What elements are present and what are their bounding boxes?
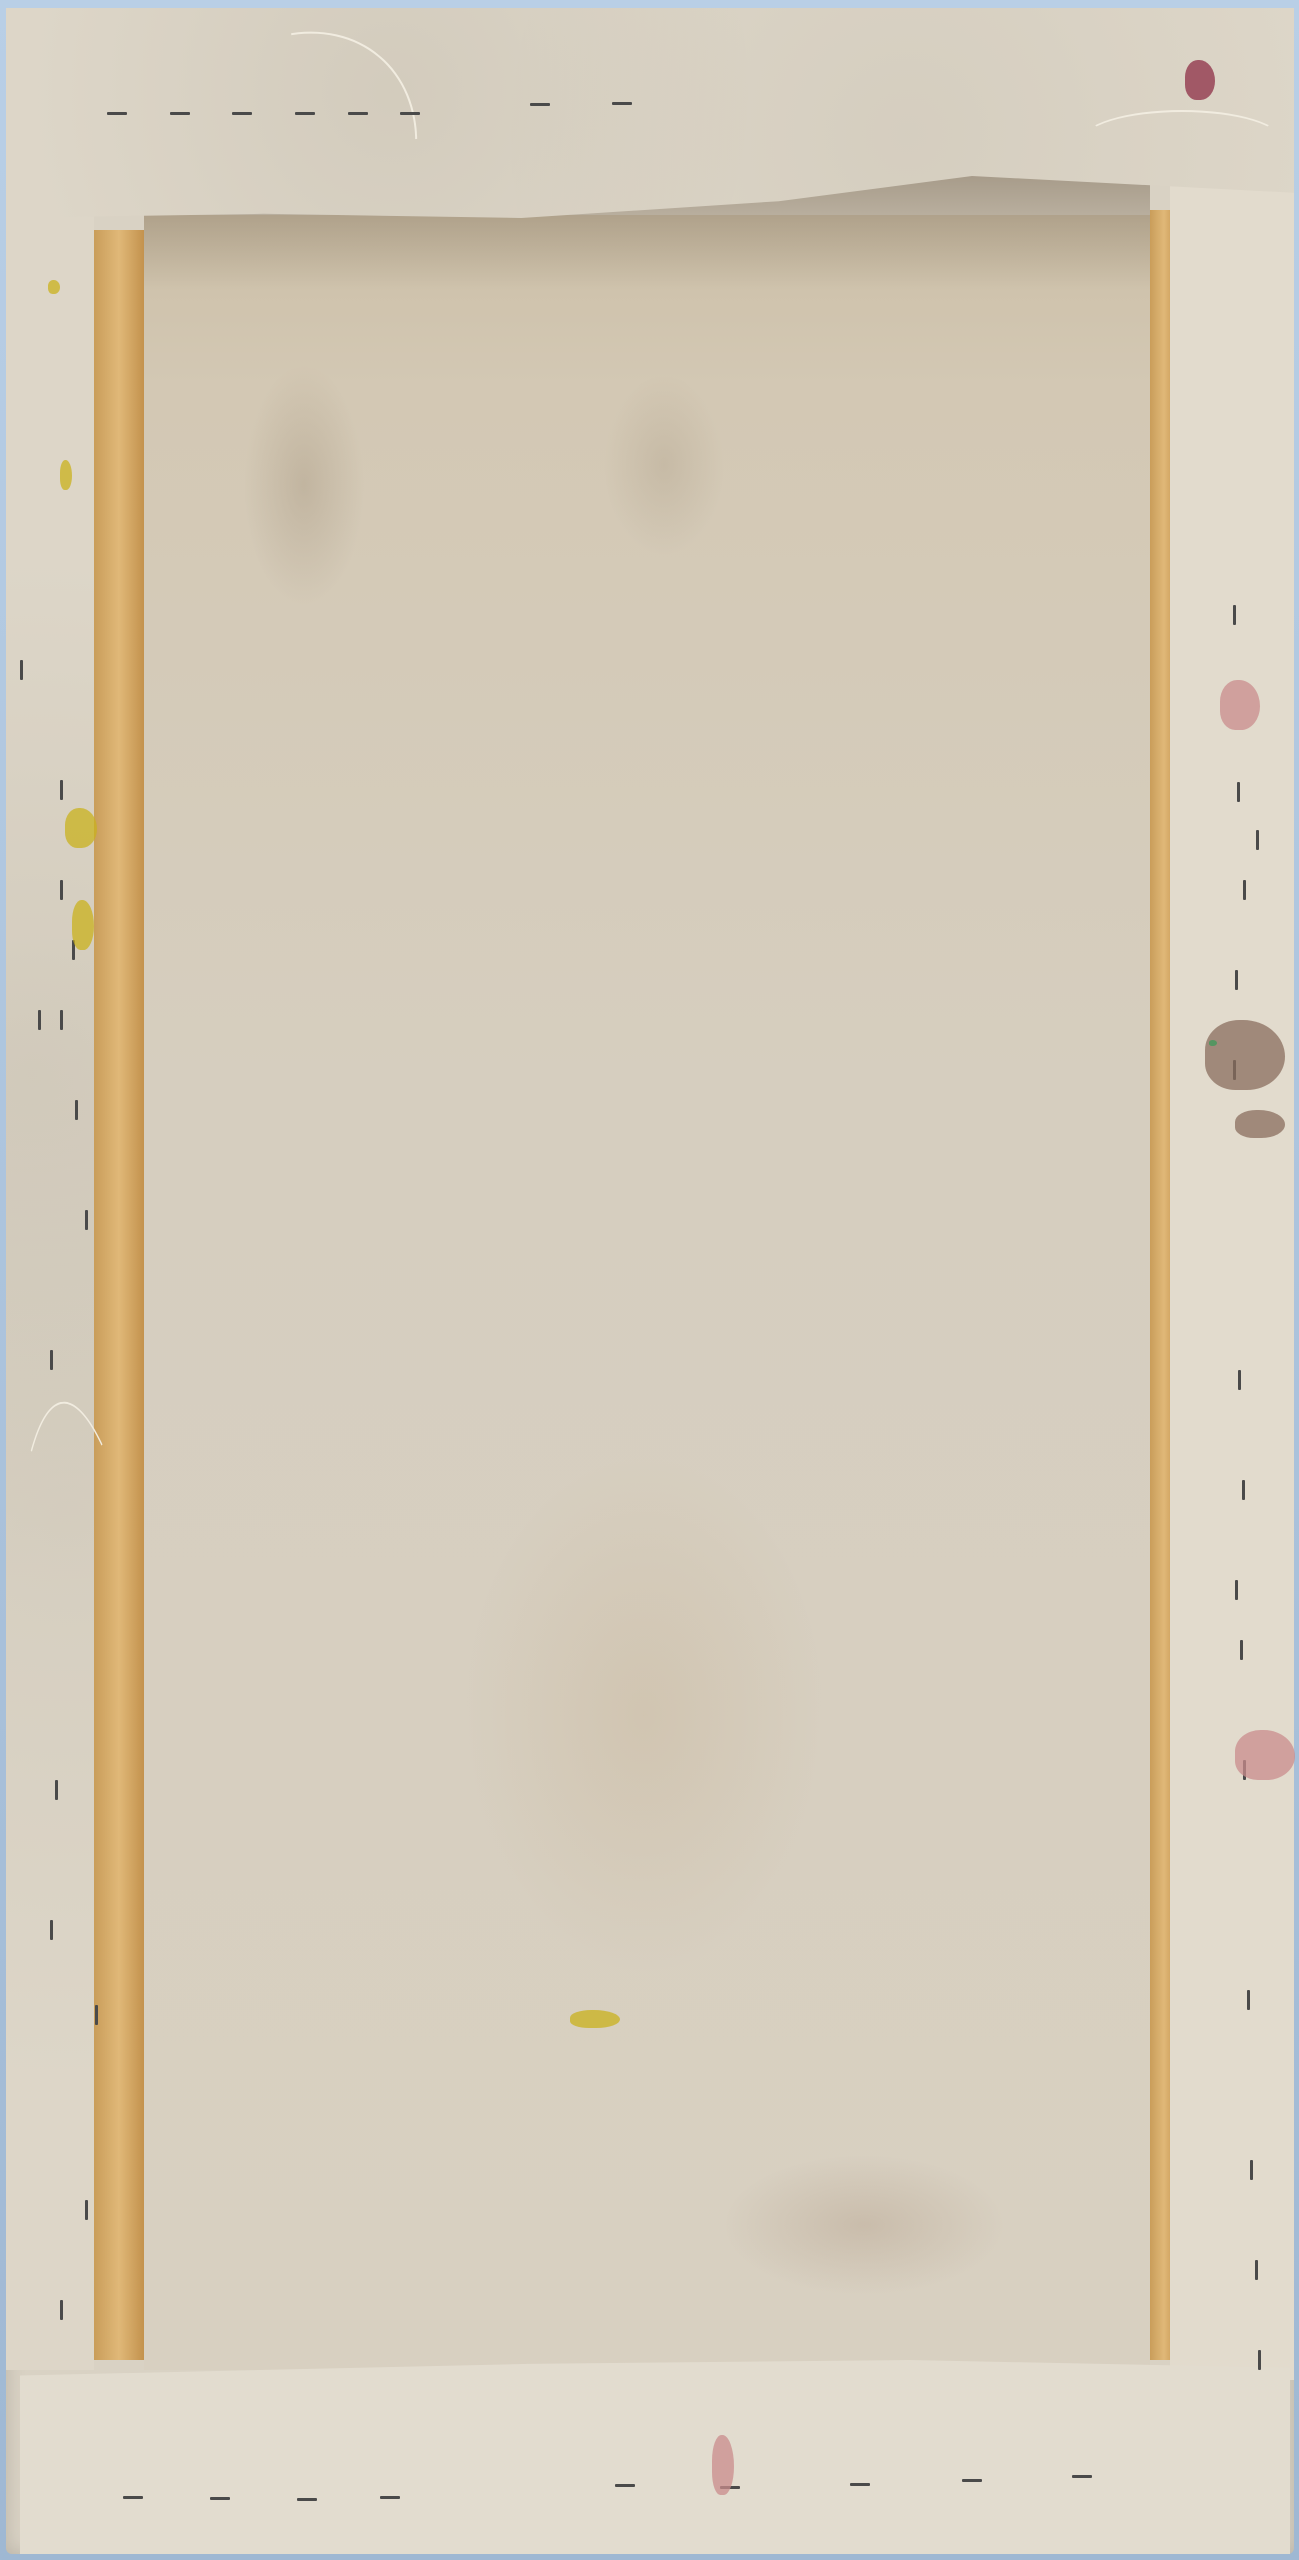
paint-spot (65, 808, 97, 848)
staple (1255, 2260, 1258, 2280)
staple (60, 880, 63, 900)
staple (1258, 2350, 1261, 2370)
staple (297, 2498, 317, 2501)
staple (850, 2483, 870, 2486)
staple (400, 112, 420, 115)
staple (55, 1780, 58, 1800)
paint-spot (1235, 1730, 1295, 1780)
paint-spot (1185, 60, 1215, 100)
staple (1256, 830, 1259, 850)
paint-spot (1209, 1040, 1217, 1046)
staple (107, 112, 127, 115)
staple (85, 2200, 88, 2220)
staple (232, 112, 252, 115)
right-turnover (1170, 180, 1294, 2380)
staple (1233, 605, 1236, 625)
staple (1238, 1370, 1241, 1390)
bottom-turnover (20, 2360, 1290, 2554)
staple (50, 1920, 53, 1940)
staple (95, 2005, 98, 2025)
canvas-back-photo (0, 0, 1299, 2560)
staple (20, 660, 23, 680)
staple (75, 1100, 78, 1120)
staple (60, 1010, 63, 1030)
paint-spot (72, 900, 94, 950)
loose-thread (1080, 110, 1284, 174)
staple (295, 112, 315, 115)
staple (615, 2484, 635, 2487)
staple (38, 1010, 41, 1030)
paint-spot (712, 2435, 734, 2495)
staple (1237, 782, 1240, 802)
staple (1250, 2160, 1253, 2180)
staple (1240, 1640, 1243, 1660)
staple (170, 112, 190, 115)
paint-spot (1235, 1110, 1285, 1138)
paint-spot (48, 280, 60, 294)
staple (1235, 970, 1238, 990)
staple (1242, 1480, 1245, 1500)
staple (123, 2496, 143, 2499)
raw-canvas-back (144, 215, 1150, 2370)
staple (60, 2300, 63, 2320)
staple (60, 780, 63, 800)
staple (612, 102, 632, 105)
paint-spot (60, 460, 72, 490)
paint-spot (570, 2010, 620, 2028)
staple (1072, 2475, 1092, 2478)
staple (380, 2496, 400, 2499)
staple (1235, 1580, 1238, 1600)
staple (50, 1350, 53, 1370)
staple (210, 2497, 230, 2500)
paint-spot (1220, 680, 1260, 730)
staple (1247, 1990, 1250, 2010)
staple (348, 112, 368, 115)
staple (1243, 880, 1246, 900)
paint-spot (1205, 1020, 1285, 1090)
staple (530, 103, 550, 106)
staple (962, 2479, 982, 2482)
staple (85, 1210, 88, 1230)
